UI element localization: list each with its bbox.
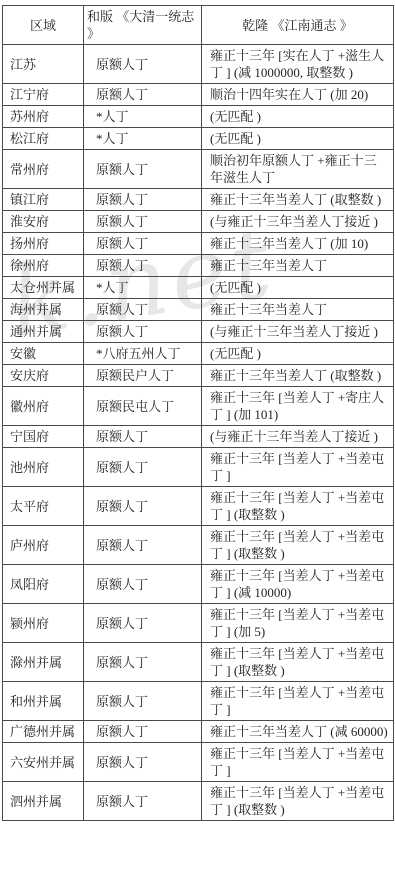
daqing-cell: 原额人丁 [84, 526, 202, 565]
table-row: 滁州并属原额人丁雍正十三年 [当差人丁 +当差屯丁 ] (取整数 ) [3, 643, 394, 682]
region-cell: 庐州府 [3, 526, 84, 565]
table-row: 江苏原额人丁雍正十三年 [实在人丁 +滋生人丁 ] (减 1000000, 取整… [3, 45, 394, 84]
qianlong-cell: 雍正十三年 [当差人丁 +当差屯丁 ] (取整数 ) [202, 643, 394, 682]
region-cell: 滁州并属 [3, 643, 84, 682]
table-row: 广德州并属原额人丁雍正十三年当差人丁 (减 60000) [3, 721, 394, 743]
table-row: 镇江府原额人丁雍正十三年当差人丁 (取整数 ) [3, 189, 394, 211]
daqing-cell: 原额人丁 [84, 782, 202, 821]
scanned-document-page: k.net 区域 和版 《大清一统志 》 乾隆 《江南通志 》 江苏原额人丁雍正… [0, 0, 395, 884]
table-row: 安庆府原额民户人丁雍正十三年当差人丁 (取整数 ) [3, 365, 394, 387]
region-cell: 常州府 [3, 150, 84, 189]
qianlong-cell: 雍正十三年当差人丁 (取整数 ) [202, 189, 394, 211]
table-row: 扬州府原额人丁雍正十三年当差人丁 (加 10) [3, 233, 394, 255]
qianlong-cell: 雍正十三年 [当差人丁 +当差屯丁 ] (加 5) [202, 604, 394, 643]
table-row: 苏州府*人丁(无匹配 ) [3, 106, 394, 128]
table-row: 太平府原额人丁雍正十三年 [当差人丁 +当差屯丁 ] (取整数 ) [3, 487, 394, 526]
qianlong-cell: 雍正十三年 [当差人丁 +当差屯丁 ] (取整数 ) [202, 487, 394, 526]
header-region: 区域 [3, 6, 84, 45]
table-row: 通州并属原额人丁(与雍正十三年当差人丁接近 ) [3, 321, 394, 343]
daqing-cell: 原额人丁 [84, 643, 202, 682]
region-cell: 镇江府 [3, 189, 84, 211]
qianlong-cell: 雍正十三年 [实在人丁 +滋生人丁 ] (减 1000000, 取整数 ) [202, 45, 394, 84]
daqing-cell: 原额人丁 [84, 84, 202, 106]
daqing-cell: 原额人丁 [84, 743, 202, 782]
daqing-cell: 原额人丁 [84, 45, 202, 84]
table-row: 泗州并属原额人丁雍正十三年 [当差人丁 +当差屯丁 ] (取整数 ) [3, 782, 394, 821]
daqing-cell: *八府五州人丁 [84, 343, 202, 365]
qianlong-cell: 雍正十三年 [当差人丁 +当差屯丁 ] (取整数 ) [202, 782, 394, 821]
region-cell: 海州并属 [3, 299, 84, 321]
qianlong-cell: (无匹配 ) [202, 277, 394, 299]
daqing-cell: 原额人丁 [84, 233, 202, 255]
qianlong-cell: 雍正十三年 [当差人丁 +当差屯丁 ] (取整数 ) [202, 526, 394, 565]
qianlong-cell: 雍正十三年 [当差人丁 +当差屯丁 ] [202, 448, 394, 487]
daqing-cell: 原额人丁 [84, 426, 202, 448]
daqing-cell: 原额人丁 [84, 255, 202, 277]
region-cell: 太仓州并属 [3, 277, 84, 299]
qianlong-cell: (与雍正十三年当差人丁接近 ) [202, 426, 394, 448]
region-cell: 广德州并属 [3, 721, 84, 743]
table-row: 庐州府原额人丁雍正十三年 [当差人丁 +当差屯丁 ] (取整数 ) [3, 526, 394, 565]
qianlong-cell: 雍正十三年当差人丁 (取整数 ) [202, 365, 394, 387]
region-cell: 淮安府 [3, 211, 84, 233]
region-cell: 六安州并属 [3, 743, 84, 782]
qianlong-cell: 雍正十三年 [当差人丁 +当差屯丁 ] (减 10000) [202, 565, 394, 604]
region-cell: 苏州府 [3, 106, 84, 128]
qianlong-cell: (无匹配 ) [202, 343, 394, 365]
header-row: 区域 和版 《大清一统志 》 乾隆 《江南通志 》 [3, 6, 394, 45]
qianlong-cell: 雍正十三年当差人丁 (加 10) [202, 233, 394, 255]
table-row: 太仓州并属*人丁(无匹配 ) [3, 277, 394, 299]
daqing-cell: 原额人丁 [84, 211, 202, 233]
qianlong-cell: (无匹配 ) [202, 128, 394, 150]
region-cell: 松江府 [3, 128, 84, 150]
table-row: 六安州并属原额人丁雍正十三年 [当差人丁 +当差屯丁 ] [3, 743, 394, 782]
table-body: 江苏原额人丁雍正十三年 [实在人丁 +滋生人丁 ] (减 1000000, 取整… [3, 45, 394, 821]
region-cell: 宁国府 [3, 426, 84, 448]
region-cell: 江宁府 [3, 84, 84, 106]
qianlong-cell: 雍正十三年 [当差人丁 +当差屯丁 ] [202, 743, 394, 782]
region-cell: 徽州府 [3, 387, 84, 426]
region-cell: 颍州府 [3, 604, 84, 643]
header-daqing-yitongzhi: 和版 《大清一统志 》 [84, 6, 202, 45]
daqing-cell: *人丁 [84, 106, 202, 128]
region-cell: 安徽 [3, 343, 84, 365]
daqing-cell: 原额人丁 [84, 565, 202, 604]
qianlong-cell: 顺治十四年实在人丁 (加 20) [202, 84, 394, 106]
region-cell: 安庆府 [3, 365, 84, 387]
header-qianlong-jiangnan-tongzhi: 乾隆 《江南通志 》 [202, 6, 394, 45]
daqing-cell: *人丁 [84, 128, 202, 150]
region-cell: 泗州并属 [3, 782, 84, 821]
daqing-cell: 原额人丁 [84, 682, 202, 721]
qianlong-cell: 雍正十三年 [当差人丁 +寄庄人丁 ] (加 101) [202, 387, 394, 426]
region-cell: 扬州府 [3, 233, 84, 255]
daqing-cell: *人丁 [84, 277, 202, 299]
daqing-cell: 原额人丁 [84, 321, 202, 343]
qianlong-cell: 雍正十三年当差人丁 (减 60000) [202, 721, 394, 743]
region-cell: 太平府 [3, 487, 84, 526]
table-row: 和州并属原额人丁雍正十三年 [当差人丁 +当差屯丁 ] [3, 682, 394, 721]
qianlong-cell: 雍正十三年 [当差人丁 +当差屯丁 ] [202, 682, 394, 721]
qianlong-cell: (无匹配 ) [202, 106, 394, 128]
qianlong-cell: (与雍正十三年当差人丁接近 ) [202, 321, 394, 343]
table-row: 宁国府原额人丁(与雍正十三年当差人丁接近 ) [3, 426, 394, 448]
table-row: 凤阳府原额人丁雍正十三年 [当差人丁 +当差屯丁 ] (减 10000) [3, 565, 394, 604]
daqing-cell: 原额人丁 [84, 189, 202, 211]
region-cell: 凤阳府 [3, 565, 84, 604]
table-row: 徐州府原额人丁雍正十三年当差人丁 [3, 255, 394, 277]
daqing-cell: 原额民户人丁 [84, 365, 202, 387]
daqing-cell: 原额人丁 [84, 299, 202, 321]
region-cell: 徐州府 [3, 255, 84, 277]
qianlong-cell: 雍正十三年当差人丁 [202, 299, 394, 321]
qianlong-cell: 雍正十三年当差人丁 [202, 255, 394, 277]
table-row: 江宁府原额人丁顺治十四年实在人丁 (加 20) [3, 84, 394, 106]
daqing-cell: 原额人丁 [84, 448, 202, 487]
region-cell: 江苏 [3, 45, 84, 84]
table-row: 海州并属原额人丁雍正十三年当差人丁 [3, 299, 394, 321]
daqing-cell: 原额人丁 [84, 604, 202, 643]
table-row: 池州府原额人丁雍正十三年 [当差人丁 +当差屯丁 ] [3, 448, 394, 487]
qianlong-cell: (与雍正十三年当差人丁接近 ) [202, 211, 394, 233]
daqing-cell: 原额民屯人丁 [84, 387, 202, 426]
daqing-cell: 原额人丁 [84, 721, 202, 743]
qianlong-cell: 顺治初年原额人丁 +雍正十三年滋生人丁 [202, 150, 394, 189]
daqing-cell: 原额人丁 [84, 487, 202, 526]
table-row: 常州府原额人丁顺治初年原额人丁 +雍正十三年滋生人丁 [3, 150, 394, 189]
table-row: 徽州府原额民屯人丁雍正十三年 [当差人丁 +寄庄人丁 ] (加 101) [3, 387, 394, 426]
population-source-table: 区域 和版 《大清一统志 》 乾隆 《江南通志 》 江苏原额人丁雍正十三年 [实… [2, 5, 394, 821]
region-cell: 池州府 [3, 448, 84, 487]
table-row: 颍州府原额人丁雍正十三年 [当差人丁 +当差屯丁 ] (加 5) [3, 604, 394, 643]
region-cell: 和州并属 [3, 682, 84, 721]
table-row: 淮安府原额人丁(与雍正十三年当差人丁接近 ) [3, 211, 394, 233]
region-cell: 通州并属 [3, 321, 84, 343]
table-row: 安徽*八府五州人丁(无匹配 ) [3, 343, 394, 365]
daqing-cell: 原额人丁 [84, 150, 202, 189]
table-row: 松江府*人丁(无匹配 ) [3, 128, 394, 150]
